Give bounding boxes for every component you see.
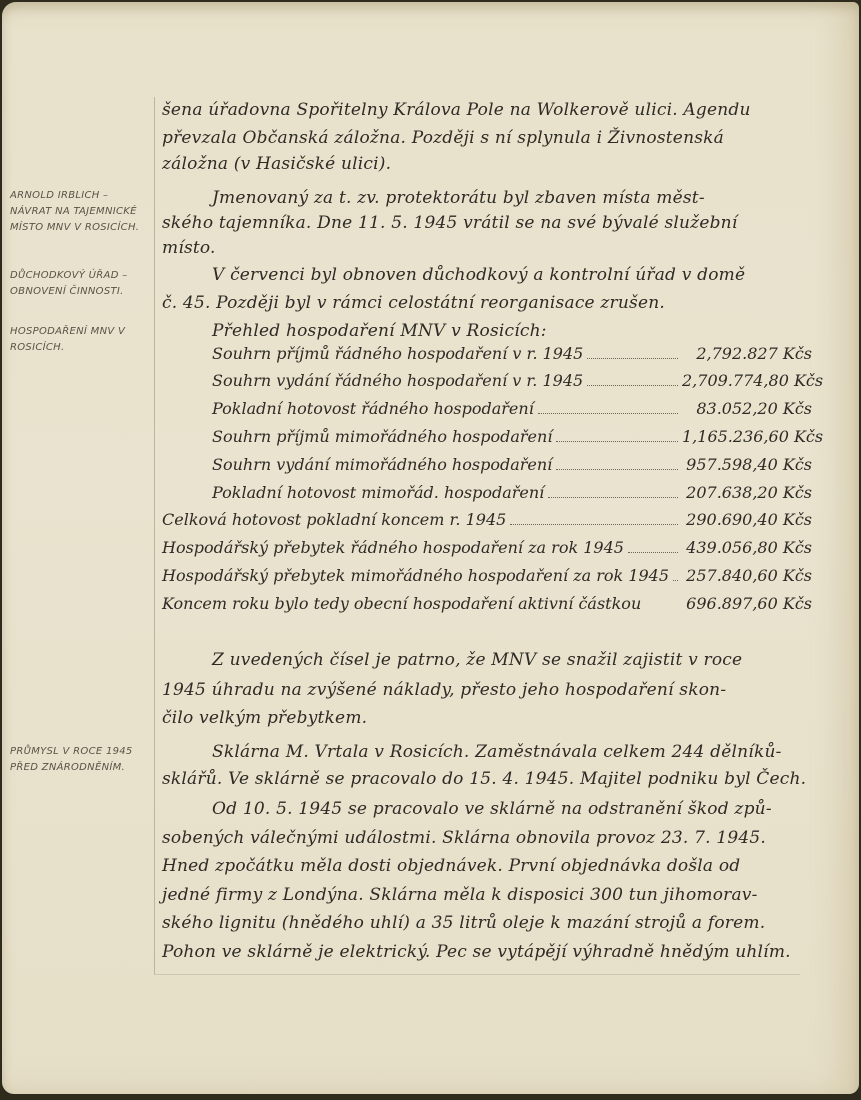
leader-dots	[587, 348, 678, 359]
ledger-row: Souhrn příjmů řádného hospodaření v r. 1…	[212, 344, 812, 368]
ledger-label: Souhrn vydání řádného hospodaření v r. 1…	[212, 371, 583, 390]
ledger-label: Souhrn příjmů řádného hospodaření v r. 1…	[212, 344, 583, 363]
ledger-label: Hospodářský přebytek řádného hospodaření…	[162, 538, 624, 557]
paragraph-6-line: sobených válečnými událostmi. Sklárna ob…	[162, 828, 802, 848]
paragraph-6-line: Hned zpočátku měla dosti objednávek. Prv…	[162, 856, 802, 876]
chronicle-page: Arnold Irblich – návrat na tajemnické mí…	[2, 2, 859, 1094]
ledger-heading: Přehled hospodaření MNV v Rosicích:	[212, 321, 852, 341]
ledger-label: Pokladní hotovost řádného hospodaření	[212, 399, 534, 418]
ledger-label: Pokladní hotovost mimořád. hospodaření	[212, 483, 544, 502]
ledger-row: Hospodářský přebytek řádného hospodaření…	[162, 538, 812, 562]
ledger-row: Pokladní hotovost mimořád. hospodaření 2…	[212, 483, 812, 507]
ledger-amount: 957.598,40 Kčs	[682, 455, 812, 474]
ledger-amount: 1,165.236,60 Kčs	[682, 427, 812, 446]
ledger-label: Celková hotovost pokladní koncem r. 1945	[162, 510, 506, 529]
paragraph-1-line: šena úřadovna Spořitelny Králova Pole na…	[162, 100, 802, 120]
ledger-label: Hospodářský přebytek mimořádného hospoda…	[162, 566, 669, 585]
ledger-row: Souhrn příjmů mimořádného hospodaření 1,…	[212, 427, 812, 451]
ledger-amount: 83.052,20 Kčs	[682, 399, 812, 418]
ledger-amount: 2,792.827 Kčs	[682, 344, 812, 363]
paragraph-6-line: Pohon ve sklárně je elektrický. Pec se v…	[162, 942, 802, 962]
ledger-amount: 439.056,80 Kčs	[682, 538, 812, 557]
leader-dots	[556, 431, 678, 442]
paragraph-2-line: ského tajemníka. Dne 11. 5. 1945 vrátil …	[162, 213, 802, 233]
margin-note-duchodkovy-urad: Důchodkový úřad – obnovení činnosti.	[10, 268, 150, 300]
ledger-amount: 2,709.774,80 Kčs	[682, 371, 812, 390]
paragraph-3-line: č. 45. Později byl v rámci celostátní re…	[162, 293, 802, 313]
margin-note-irblich: Arnold Irblich – návrat na tajemnické mí…	[10, 188, 150, 236]
ledger-label: Koncem roku bylo tedy obecní hospodaření…	[162, 594, 641, 613]
ledger-row: Celková hotovost pokladní koncem r. 1945…	[162, 510, 812, 534]
leader-dots	[673, 570, 678, 581]
paragraph-6-line: jedné firmy z Londýna. Sklárna měla k di…	[162, 885, 802, 905]
paragraph-3-line: V červenci byl obnoven důchodkový a kont…	[212, 265, 852, 285]
leader-dots	[548, 487, 678, 498]
leader-dots	[628, 542, 678, 553]
margin-note-prumysl: Průmysl v roce 1945 před znárodněním.	[10, 744, 150, 776]
ledger-amount: 257.840,60 Kčs	[682, 566, 812, 585]
paragraph-2-line: Jmenovaný za t. zv. protektorátu byl zba…	[212, 188, 852, 208]
paragraph-5-line: Sklárna M. Vrtala v Rosicích. Zaměstnáva…	[212, 742, 852, 762]
ledger-label: Souhrn příjmů mimořádného hospodaření	[212, 427, 552, 446]
paragraph-5-line: sklářů. Ve sklárně se pracovalo do 15. 4…	[162, 769, 802, 789]
ledger-row: Souhrn vydání mimořádného hospodaření 95…	[212, 455, 812, 479]
paragraph-1-line: záložna (v Hasičské ulici).	[162, 154, 802, 174]
ledger-row: Pokladní hotovost řádného hospodaření 83…	[212, 399, 812, 423]
paragraph-4-line: čilo velkým přebytkem.	[162, 708, 802, 728]
paragraph-6-line: Od 10. 5. 1945 se pracovalo ve sklárně n…	[212, 799, 852, 819]
ledger-amount: 696.897,60 Kčs	[682, 594, 812, 613]
paragraph-6-line: ského lignitu (hnědého uhlí) a 35 litrů …	[162, 913, 802, 933]
ledger-amount: 207.638,20 Kčs	[682, 483, 812, 502]
leader-dots	[510, 514, 678, 525]
ledger-row-total: Koncem roku bylo tedy obecní hospodaření…	[162, 594, 812, 618]
ledger-row: Souhrn vydání řádného hospodaření v r. 1…	[212, 371, 812, 395]
paragraph-4-line: 1945 úhradu na zvýšené náklady, přesto j…	[162, 680, 802, 700]
leader-dots	[587, 375, 678, 386]
margin-note-hospodareni: Hospodaření MNV v Rosicích.	[10, 324, 150, 356]
ledger-row: Hospodářský přebytek mimořádného hospoda…	[162, 566, 812, 590]
paragraph-2-line: místo.	[162, 238, 802, 258]
paragraph-4-line: Z uvedených čísel je patrno, že MNV se s…	[212, 650, 852, 670]
leader-dots	[538, 403, 678, 414]
ledger-label: Souhrn vydání mimořádného hospodaření	[212, 455, 552, 474]
leader-dots	[645, 599, 678, 609]
paragraph-1-line: převzala Občanská záložna. Později s ní …	[162, 128, 802, 148]
leader-dots	[556, 459, 678, 470]
ledger-amount: 290.690,40 Kčs	[682, 510, 812, 529]
